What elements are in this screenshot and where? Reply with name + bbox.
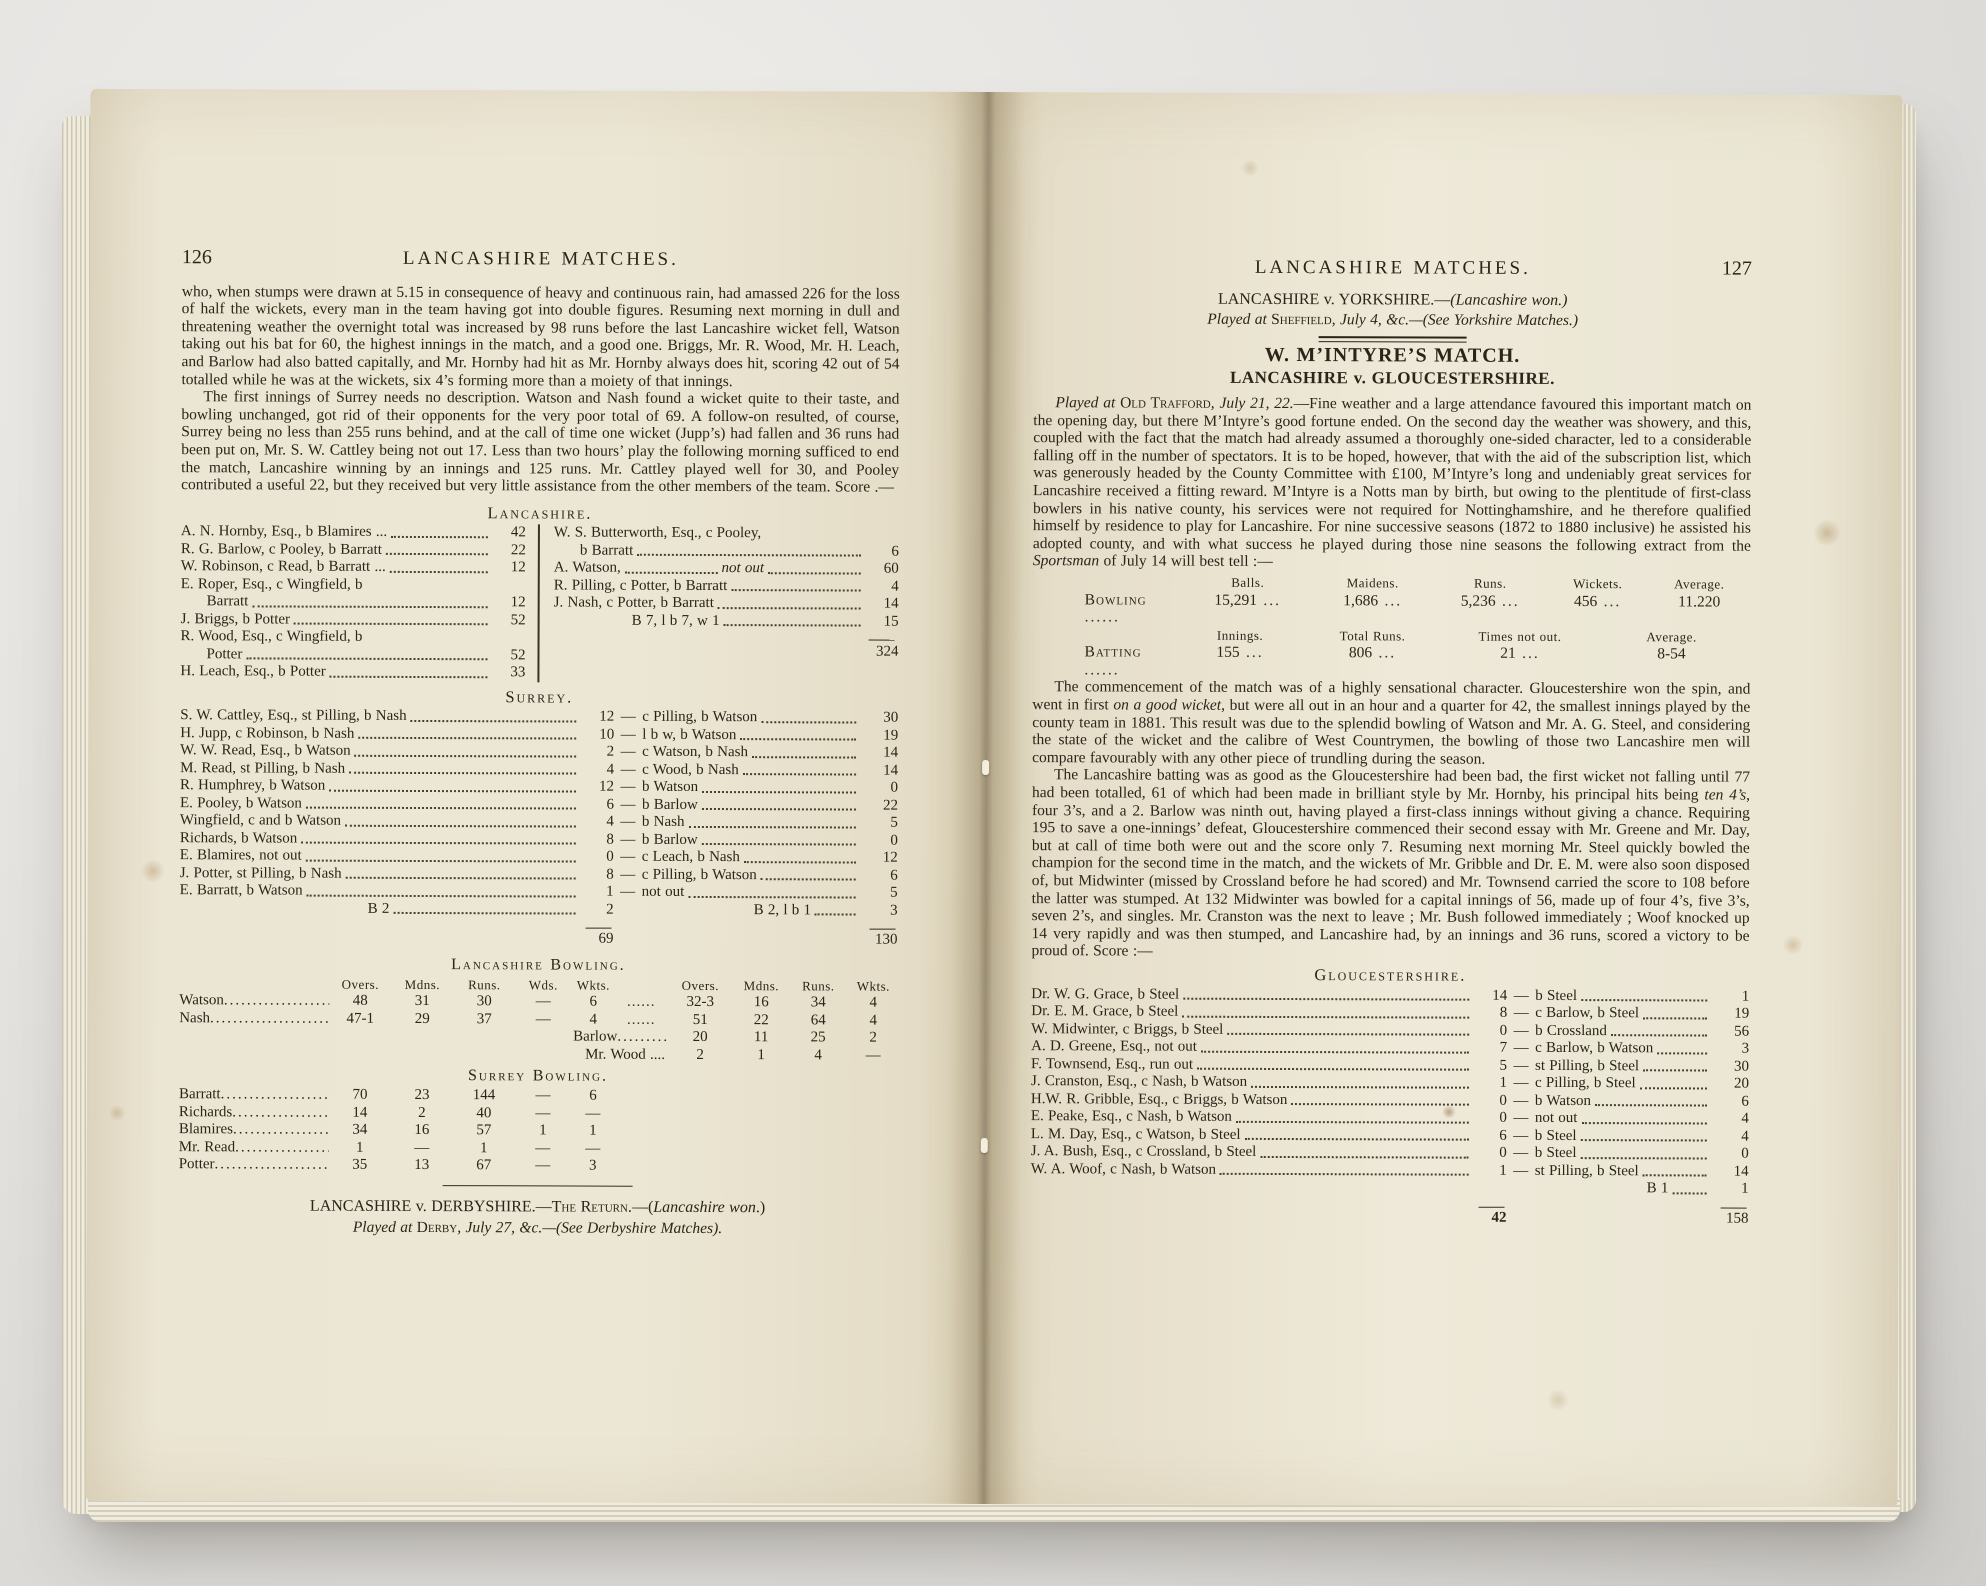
batsman-row: J. Nash, c Potter, b Barratt14 bbox=[554, 595, 899, 614]
innings-separator-dash bbox=[1507, 1127, 1535, 1145]
runs-first-innings: 4 bbox=[580, 761, 614, 779]
batsman-dismissal-1: E. Blamires, not out bbox=[180, 848, 302, 866]
innings-separator-dash bbox=[1507, 1145, 1535, 1163]
leader-dots bbox=[329, 789, 576, 793]
leader-dots bbox=[702, 842, 856, 846]
runs-first-innings: 1 bbox=[580, 884, 614, 902]
batsman-dismissal-1: J. Cranston, Esq., c Nash, b Watson bbox=[1031, 1073, 1247, 1091]
batsman-row-continuation: b Barratt6 bbox=[554, 542, 899, 561]
total-rule bbox=[869, 640, 895, 641]
paragraph: The commencement of the match was of a h… bbox=[1032, 679, 1750, 769]
wides: — bbox=[515, 1140, 571, 1158]
runs-first-innings: 12 bbox=[580, 779, 614, 797]
runs-first-innings: 14 bbox=[1473, 987, 1507, 1005]
maidens: — bbox=[391, 1140, 453, 1158]
extras-runs-2: 1 bbox=[1711, 1181, 1749, 1199]
batsman-row: W. Robinson, c Read, b Barratt ...12 bbox=[181, 558, 526, 577]
runs-second-innings: 14 bbox=[860, 745, 898, 763]
totals-row: 69130 bbox=[179, 930, 897, 950]
dismissal-2: not out bbox=[1535, 1110, 1578, 1128]
innings-separator-dash bbox=[1507, 1075, 1535, 1093]
extras-label-2: B 1 bbox=[1647, 1180, 1669, 1198]
runs-first-innings: 0 bbox=[1473, 1022, 1507, 1040]
runs: 64 bbox=[789, 1012, 847, 1030]
stat-header: Maidens. bbox=[1313, 574, 1433, 592]
paragraph: The first innings of Surrey needs no des… bbox=[181, 388, 899, 496]
innings-separator-dash bbox=[614, 814, 642, 832]
leader-dots bbox=[306, 806, 576, 810]
runs-second-innings: 4 bbox=[1711, 1128, 1749, 1146]
total-rule bbox=[870, 929, 896, 930]
batsman-dismissal-1: W. Midwinter, c Briggs, b Steel bbox=[1031, 1021, 1223, 1039]
scorecard-column-right: W. S. Butterworth, Esq., c Pooley, b Bar… bbox=[539, 525, 899, 684]
dismissal-2: b Barlow bbox=[642, 797, 698, 815]
innings-title: Gloucestershire. bbox=[1031, 965, 1749, 985]
stat-row-label: Bowling bbox=[1033, 591, 1183, 627]
leader-dots bbox=[743, 773, 856, 776]
runs-second-innings: 5 bbox=[860, 885, 898, 903]
stat-header: Runs. bbox=[1433, 574, 1548, 592]
overs: 20 bbox=[667, 1029, 733, 1047]
stat-header: Average. bbox=[1593, 628, 1751, 646]
leader-dots bbox=[1581, 1138, 1707, 1141]
leader-dots bbox=[330, 674, 488, 678]
dismissal-2: c Pilling, b Watson bbox=[642, 867, 757, 885]
innings-separator-dash bbox=[614, 744, 642, 762]
leader-dots bbox=[1611, 1033, 1707, 1036]
runs-second-innings: 19 bbox=[860, 727, 898, 745]
next-match-notice: LANCASHIRE v. DERBYSHIRE.—The Return.—(L… bbox=[179, 1197, 897, 1217]
col-header: Overs. bbox=[329, 975, 391, 993]
leader-dots bbox=[393, 911, 575, 915]
emphasis-text: on a good wicket bbox=[1113, 696, 1221, 713]
leader-dots bbox=[761, 720, 856, 723]
col-header: Wkts. bbox=[571, 976, 615, 994]
overs: 51 bbox=[667, 1012, 733, 1030]
leader-dots bbox=[1581, 998, 1707, 1001]
played-at: Played at bbox=[1055, 394, 1120, 411]
dismissal-2: b Steel bbox=[1535, 1145, 1577, 1163]
runs-first-innings: 8 bbox=[580, 831, 614, 849]
leader-dots bbox=[1227, 1032, 1469, 1036]
lancashire-bowling-table: Overs. Mdns. Runs. Wds. Wkts. Overs. Mdn… bbox=[179, 975, 897, 1065]
extras-runs-2: 3 bbox=[860, 902, 898, 920]
date-reference: , July 27, &c.—(See Derbyshire Matches). bbox=[457, 1219, 722, 1237]
batsman-dismissal: R. Pilling, c Potter, b Barratt bbox=[554, 577, 728, 595]
stat-value: 21 bbox=[1447, 645, 1592, 681]
binding-stitch bbox=[982, 760, 989, 775]
batsman-dismissal-1: M. Read, st Pilling, b Nash bbox=[180, 760, 345, 778]
innings-separator-dash bbox=[1507, 1057, 1535, 1075]
total-row: 324 bbox=[553, 643, 898, 662]
runs-second-innings: 14 bbox=[860, 762, 898, 780]
leader-dots bbox=[724, 623, 861, 626]
batsman-dismissal-1: F. Townsend, Esq., run out bbox=[1031, 1056, 1193, 1074]
leader-dots bbox=[386, 552, 488, 555]
dismissal-continued: Potter bbox=[206, 646, 242, 664]
extras-label-2: B 2, l b 1 bbox=[754, 902, 811, 920]
leader-dots bbox=[702, 790, 856, 794]
bowling-stats: Balls. Maidens. Runs. Wickets. Average. … bbox=[1033, 573, 1751, 628]
section-rule bbox=[443, 1185, 633, 1187]
innings-separator-dash bbox=[1507, 1110, 1535, 1128]
batsman-dismissal-1: A. D. Greene, Esq., not out bbox=[1031, 1038, 1197, 1056]
runs: 30 bbox=[453, 993, 515, 1011]
runs-value: 52 bbox=[491, 647, 525, 665]
extras-label: B 7, l b 7, w 1 bbox=[632, 613, 720, 631]
right-page-content: LANCASHIRE MATCHES. 127 LANCASHIRE v. YO… bbox=[1031, 92, 1753, 1228]
runs-first-innings: 0 bbox=[580, 849, 614, 867]
runs-first-innings: 6 bbox=[1473, 1127, 1507, 1145]
leader-dots bbox=[1291, 1102, 1469, 1106]
overs: 1 bbox=[329, 1140, 391, 1158]
batsman-name: A. Watson, bbox=[554, 560, 621, 578]
innings-separator-dash bbox=[614, 884, 642, 902]
batsman-dismissal-1: E. Barratt, b Watson bbox=[180, 883, 303, 901]
dismissal-continued: Barratt bbox=[207, 594, 249, 612]
innings-total: 324 bbox=[876, 644, 899, 662]
photo-of-open-book: 126 LANCASHIRE MATCHES. who, when stumps… bbox=[0, 0, 1986, 1586]
wickets: 1 bbox=[571, 1123, 615, 1141]
innings-separator-dots bbox=[615, 994, 667, 1012]
runs-second-innings: 3 bbox=[1711, 1041, 1749, 1059]
runs-first-innings: 8 bbox=[1473, 1005, 1507, 1023]
col-header: Mdns. bbox=[391, 975, 453, 993]
innings-separator-dots bbox=[615, 1011, 667, 1029]
total-rule bbox=[1479, 1206, 1505, 1207]
batsman-dismissal-1: R. Humphrey, b Watson bbox=[180, 778, 325, 796]
maidens: 23 bbox=[391, 1087, 453, 1105]
batsman-dismissal-1: Wingfield, c and b Watson bbox=[180, 813, 341, 831]
innings-separator-dash bbox=[614, 727, 642, 745]
venue: Sheffield bbox=[1271, 311, 1332, 328]
innings-title: Lancashire. bbox=[181, 503, 899, 523]
runs-value: 4 bbox=[865, 578, 899, 596]
leader-dots bbox=[1672, 1191, 1706, 1194]
mintyre-career-stats: Balls. Maidens. Runs. Wickets. Average. … bbox=[1032, 573, 1750, 681]
runs-second-innings: 56 bbox=[1711, 1023, 1749, 1041]
stat-value: 11.220 bbox=[1648, 593, 1751, 629]
running-title: LANCASHIRE MATCHES. bbox=[1104, 258, 1682, 278]
runs-first-innings: 8 bbox=[580, 866, 614, 884]
second-innings-total: 158 bbox=[1711, 1210, 1749, 1228]
stat-header: Wickets. bbox=[1548, 575, 1648, 593]
runs-value: 52 bbox=[492, 612, 526, 630]
dismissal-2: c Watson, b Nash bbox=[642, 744, 748, 762]
match-date: , July 21, 22. bbox=[1211, 395, 1294, 412]
stat-value: 8-54 bbox=[1592, 645, 1750, 681]
next-match-venue: Played at Derby, July 27, &c.—(See Derby… bbox=[178, 1218, 896, 1238]
leader-dots bbox=[625, 571, 718, 574]
innings-separator-dash bbox=[1507, 1092, 1535, 1110]
runs-second-innings: 19 bbox=[1711, 1006, 1749, 1024]
leader-dots bbox=[1260, 1154, 1468, 1158]
paragraph: The Lancashire batting was as good as th… bbox=[1031, 767, 1750, 963]
leader-dots bbox=[718, 606, 861, 609]
runs-first-innings: 1 bbox=[1473, 1075, 1507, 1093]
extras-runs-1: 2 bbox=[580, 901, 614, 919]
stat-header: Balls. bbox=[1183, 574, 1313, 592]
innings-separator-dash bbox=[1507, 1162, 1535, 1180]
runs-first-innings: 0 bbox=[1473, 1110, 1507, 1128]
col-header: Wds. bbox=[515, 976, 571, 994]
wickets: 2 bbox=[847, 1030, 899, 1048]
leader-dots bbox=[358, 736, 576, 740]
leader-dots bbox=[744, 860, 856, 863]
wickets: 3 bbox=[571, 1158, 615, 1176]
runs-second-innings: 6 bbox=[860, 867, 898, 885]
leader-dots bbox=[688, 825, 855, 829]
runs-second-innings: 20 bbox=[1711, 1076, 1749, 1094]
dismissal-2: l b w, b Watson bbox=[642, 727, 736, 745]
double-rule bbox=[1319, 336, 1467, 343]
leader-dots bbox=[752, 755, 856, 758]
open-book: 126 LANCASHIRE MATCHES. who, when stumps… bbox=[86, 89, 1903, 1507]
stat-value: 5,236 bbox=[1433, 592, 1548, 628]
runs: 144 bbox=[453, 1087, 515, 1105]
leader-dots bbox=[761, 878, 856, 881]
extras-label-1: B 2 bbox=[368, 901, 390, 919]
runs-second-innings: 4 bbox=[1711, 1111, 1749, 1129]
lancashire-scorecard: A. N. Hornby, Esq., b Blamires ...42 R. … bbox=[180, 523, 899, 683]
dismissal-2: b Steel bbox=[1535, 987, 1577, 1005]
dismissal-2: c Pilling, b Steel bbox=[1535, 1075, 1636, 1093]
venue: Derby bbox=[417, 1219, 458, 1236]
runs-value: 60 bbox=[865, 561, 899, 579]
runs-second-innings: 22 bbox=[860, 797, 898, 815]
runs-value: 33 bbox=[491, 665, 525, 683]
runs-second-innings: 30 bbox=[1711, 1058, 1749, 1076]
leader-dots bbox=[252, 604, 487, 608]
result-note: (Lancashire won.) bbox=[1450, 291, 1567, 308]
runs: 34 bbox=[789, 994, 847, 1012]
leader-dots bbox=[688, 895, 855, 899]
dismissal-2: c Leach, b Nash bbox=[642, 849, 740, 867]
leader-dots bbox=[740, 738, 856, 741]
batsman-dismissal-1: L. M. Day, Esq., c Watson, b Steel bbox=[1031, 1126, 1241, 1144]
maidens: 1 bbox=[733, 1047, 789, 1065]
paragraph: Played at Old Trafford, July 21, 22.—Fin… bbox=[1033, 394, 1752, 572]
maidens: 29 bbox=[391, 1011, 453, 1029]
leader-dots bbox=[1201, 1049, 1469, 1053]
leader-dots bbox=[1643, 1173, 1707, 1176]
yorkshire-match-venue: Played at Sheffield, July 4, &c.—(See Yo… bbox=[1034, 310, 1752, 330]
leader-dots bbox=[390, 570, 488, 573]
leader-dots bbox=[1580, 1156, 1706, 1159]
runs-second-innings: 30 bbox=[860, 710, 898, 728]
paragraph: who, when stumps were drawn at 5.15 in c… bbox=[181, 283, 899, 391]
venue: Old Trafford bbox=[1120, 394, 1211, 411]
runs-value: 15 bbox=[865, 613, 899, 631]
publication-name: Sportsman bbox=[1033, 552, 1099, 569]
runs-second-innings: 6 bbox=[1711, 1093, 1749, 1111]
innings-title: Surrey. bbox=[180, 687, 898, 707]
runs-value: 42 bbox=[492, 525, 526, 543]
page-number: 127 bbox=[1682, 260, 1752, 278]
maidens: 2 bbox=[391, 1105, 453, 1123]
match-title: W. M’INTYRE’S MATCH. bbox=[1034, 346, 1752, 366]
runs-value: 14 bbox=[865, 596, 899, 614]
batsman-dismissal-1: J. A. Bush, Esq., c Crossland, b Steel bbox=[1031, 1143, 1257, 1161]
batsman-dismissal: J. Briggs, b Potter bbox=[181, 611, 290, 629]
leader-dots bbox=[637, 553, 861, 557]
innings-separator-dash bbox=[614, 779, 642, 797]
batsman-row-continuation: Potter52 bbox=[180, 646, 525, 665]
surrey-bowling-table: Barratt 70 23 144 — 6 Richards 14 2 4 bbox=[179, 1086, 897, 1176]
maidens: 13 bbox=[391, 1157, 453, 1175]
overs: 35 bbox=[329, 1157, 391, 1175]
yorkshire-match-notice: LANCASHIRE v. YORKSHIRE.—(Lancashire won… bbox=[1034, 290, 1752, 310]
batsman-dismissal: W. Robinson, c Read, b Barratt ... bbox=[181, 558, 386, 576]
first-innings-total: 42 bbox=[1473, 1209, 1507, 1227]
leader-dots bbox=[349, 771, 576, 775]
dismissal-2: c Barlow, b Watson bbox=[1535, 1040, 1653, 1058]
stat-value: 15,291 bbox=[1183, 591, 1313, 627]
dismissal-2: b Barlow bbox=[642, 832, 698, 850]
batsman-row: R. G. Barlow, c Pooley, b Barratt22 bbox=[181, 541, 526, 560]
batsman-dismissal-1: Dr. E. M. Grace, b Steel bbox=[1031, 1003, 1178, 1021]
leader-dots bbox=[1182, 1014, 1469, 1018]
closing: .) bbox=[756, 1199, 765, 1216]
runs-value: 12 bbox=[492, 595, 526, 613]
bowler-name: Richards bbox=[179, 1104, 329, 1122]
dismissal-2: b Watson bbox=[1535, 1092, 1591, 1110]
second-innings-total: 130 bbox=[859, 932, 897, 950]
right-page: LANCASHIRE MATCHES. 127 LANCASHIRE v. YO… bbox=[984, 92, 1903, 1507]
leader-dots bbox=[246, 657, 487, 661]
totals-row: 42158 bbox=[1031, 1208, 1749, 1228]
batsman-row: E. Roper, Esq., c Wingfield, b bbox=[181, 576, 526, 595]
col-header: Overs. bbox=[667, 976, 733, 994]
batsman-dismissal-1: Richards, b Watson bbox=[180, 830, 297, 848]
bowler-name: Mr. Wood ... bbox=[571, 1046, 667, 1064]
left-page-header: 126 LANCASHIRE MATCHES. bbox=[182, 249, 900, 269]
maidens: 16 bbox=[733, 994, 789, 1012]
batsman-dismissal-1: H.W. R. Gribble, Esq., c Briggs, b Watso… bbox=[1031, 1091, 1288, 1109]
stat-header: Times not out. bbox=[1448, 627, 1593, 645]
maidens: 16 bbox=[391, 1122, 453, 1140]
leader-dots bbox=[346, 876, 576, 880]
dismissal-continued: b Barratt bbox=[580, 542, 633, 560]
wickets: 6 bbox=[571, 1088, 615, 1106]
wickets: — bbox=[847, 1047, 899, 1065]
maidens: 11 bbox=[733, 1029, 789, 1047]
stat-header: Innings. bbox=[1183, 626, 1298, 644]
surrey-scorecard: S. W. Cattley, Esq., st Pilling, b Nash … bbox=[180, 708, 899, 903]
leader-dots bbox=[1245, 1137, 1469, 1141]
match-heading: LANCASHIRE v. YORKSHIRE.— bbox=[1218, 290, 1450, 308]
bowler-name: Watson bbox=[179, 992, 329, 1010]
stat-value: 1,686 bbox=[1313, 592, 1433, 628]
runs: 4 bbox=[789, 1047, 847, 1065]
report-text: , four 3’s, and a 2. Barlow was ninth ou… bbox=[1031, 787, 1750, 960]
left-page: 126 LANCASHIRE MATCHES. who, when stumps… bbox=[86, 89, 989, 1504]
wides: — bbox=[515, 1011, 571, 1029]
total-rule bbox=[586, 928, 612, 929]
batsman-dismissal: E. Roper, Esq., c Wingfield, b bbox=[181, 576, 363, 594]
leader-dots bbox=[1220, 1172, 1469, 1176]
dismissal-2: c Barlow, b Steel bbox=[1535, 1005, 1639, 1023]
runs: 67 bbox=[453, 1158, 515, 1176]
batsman-dismissal-1: E. Peake, Esq., c Nash, b Watson bbox=[1031, 1108, 1232, 1126]
runs-second-innings: 0 bbox=[860, 832, 898, 850]
runs-value: 22 bbox=[492, 542, 526, 560]
wickets: 6 bbox=[571, 994, 615, 1012]
runs-second-innings: 5 bbox=[860, 815, 898, 833]
match-subtitle: LANCASHIRE v. GLOUCESTERSHIRE. bbox=[1033, 369, 1751, 389]
dismissal-2: c Pilling, b Watson bbox=[642, 709, 757, 727]
runs-first-innings: 4 bbox=[580, 814, 614, 832]
total-rule bbox=[1721, 1207, 1747, 1208]
leader-dots bbox=[1251, 1084, 1469, 1088]
runs-second-innings: 14 bbox=[1711, 1163, 1749, 1181]
batsman-row: R. Pilling, c Potter, b Barratt4 bbox=[554, 577, 899, 596]
stat-value: 155 bbox=[1182, 644, 1297, 680]
emphasis-text: ten 4’s bbox=[1704, 787, 1746, 804]
innings-separator-dash bbox=[1507, 1022, 1535, 1040]
overs: 70 bbox=[329, 1087, 391, 1105]
batsman-row: A. Watson,not out60 bbox=[554, 560, 899, 579]
leader-dots bbox=[1657, 1051, 1707, 1054]
batsman-row: A. N. Hornby, Esq., b Blamires ...42 bbox=[181, 523, 526, 542]
wickets: 4 bbox=[847, 1012, 899, 1030]
runs-first-innings: 12 bbox=[580, 709, 614, 727]
runs-first-innings: 6 bbox=[580, 796, 614, 814]
runs-first-innings: 2 bbox=[580, 744, 614, 762]
batsman-dismissal: R. Wood, Esq., c Wingfield, b bbox=[181, 628, 363, 646]
total-rule-row bbox=[554, 630, 899, 644]
dismissal-2: st Pilling, b Steel bbox=[1535, 1162, 1639, 1180]
stat-value: 456 bbox=[1548, 592, 1648, 628]
bowling-title: Surrey Bowling. bbox=[179, 1067, 897, 1087]
stat-row-label: Batting bbox=[1032, 643, 1182, 679]
not-out-label: not out bbox=[721, 560, 764, 578]
leader-dots bbox=[294, 622, 488, 626]
left-page-content: 126 LANCASHIRE MATCHES. who, when stumps… bbox=[178, 89, 900, 1238]
batsman-dismissal-1: W. A. Woof, c Nash, b Watson bbox=[1031, 1161, 1216, 1179]
runs-value: 12 bbox=[492, 560, 526, 578]
leader-dots bbox=[1640, 1086, 1707, 1089]
innings-separator-dash bbox=[614, 797, 642, 815]
leader-dots bbox=[1197, 1067, 1469, 1071]
running-title: LANCASHIRE MATCHES. bbox=[252, 249, 830, 269]
dismissal-2: b Nash bbox=[642, 814, 685, 832]
wickets: 4 bbox=[847, 995, 899, 1013]
leader-dots bbox=[1643, 1068, 1707, 1071]
innings-separator-dash bbox=[1507, 1040, 1535, 1058]
leader-dots bbox=[391, 535, 488, 538]
dash: —( bbox=[632, 1199, 653, 1216]
runs-first-innings: 7 bbox=[1473, 1040, 1507, 1058]
bowler-name: Barlow bbox=[571, 1029, 667, 1047]
leader-dots bbox=[702, 807, 856, 811]
innings-separator-dash bbox=[614, 867, 642, 885]
first-innings-total: 69 bbox=[579, 931, 613, 949]
innings-separator-dash bbox=[1507, 987, 1535, 1005]
batsman-dismissal: W. S. Butterworth, Esq., c Pooley, bbox=[554, 525, 761, 543]
innings-separator-dash bbox=[614, 762, 642, 780]
dismissal-2: b Watson bbox=[642, 779, 698, 797]
innings-separator-dash bbox=[1507, 1005, 1535, 1023]
overs: 34 bbox=[329, 1122, 391, 1140]
wickets: — bbox=[571, 1105, 615, 1123]
return-label: The Return. bbox=[552, 1198, 632, 1215]
dismissal-2: not out bbox=[642, 884, 685, 902]
overs: 32-3 bbox=[667, 994, 733, 1012]
played-at: Played at bbox=[1207, 311, 1271, 328]
batsman-row: W. S. Butterworth, Esq., c Pooley, bbox=[554, 525, 899, 544]
maidens: 31 bbox=[391, 993, 453, 1011]
